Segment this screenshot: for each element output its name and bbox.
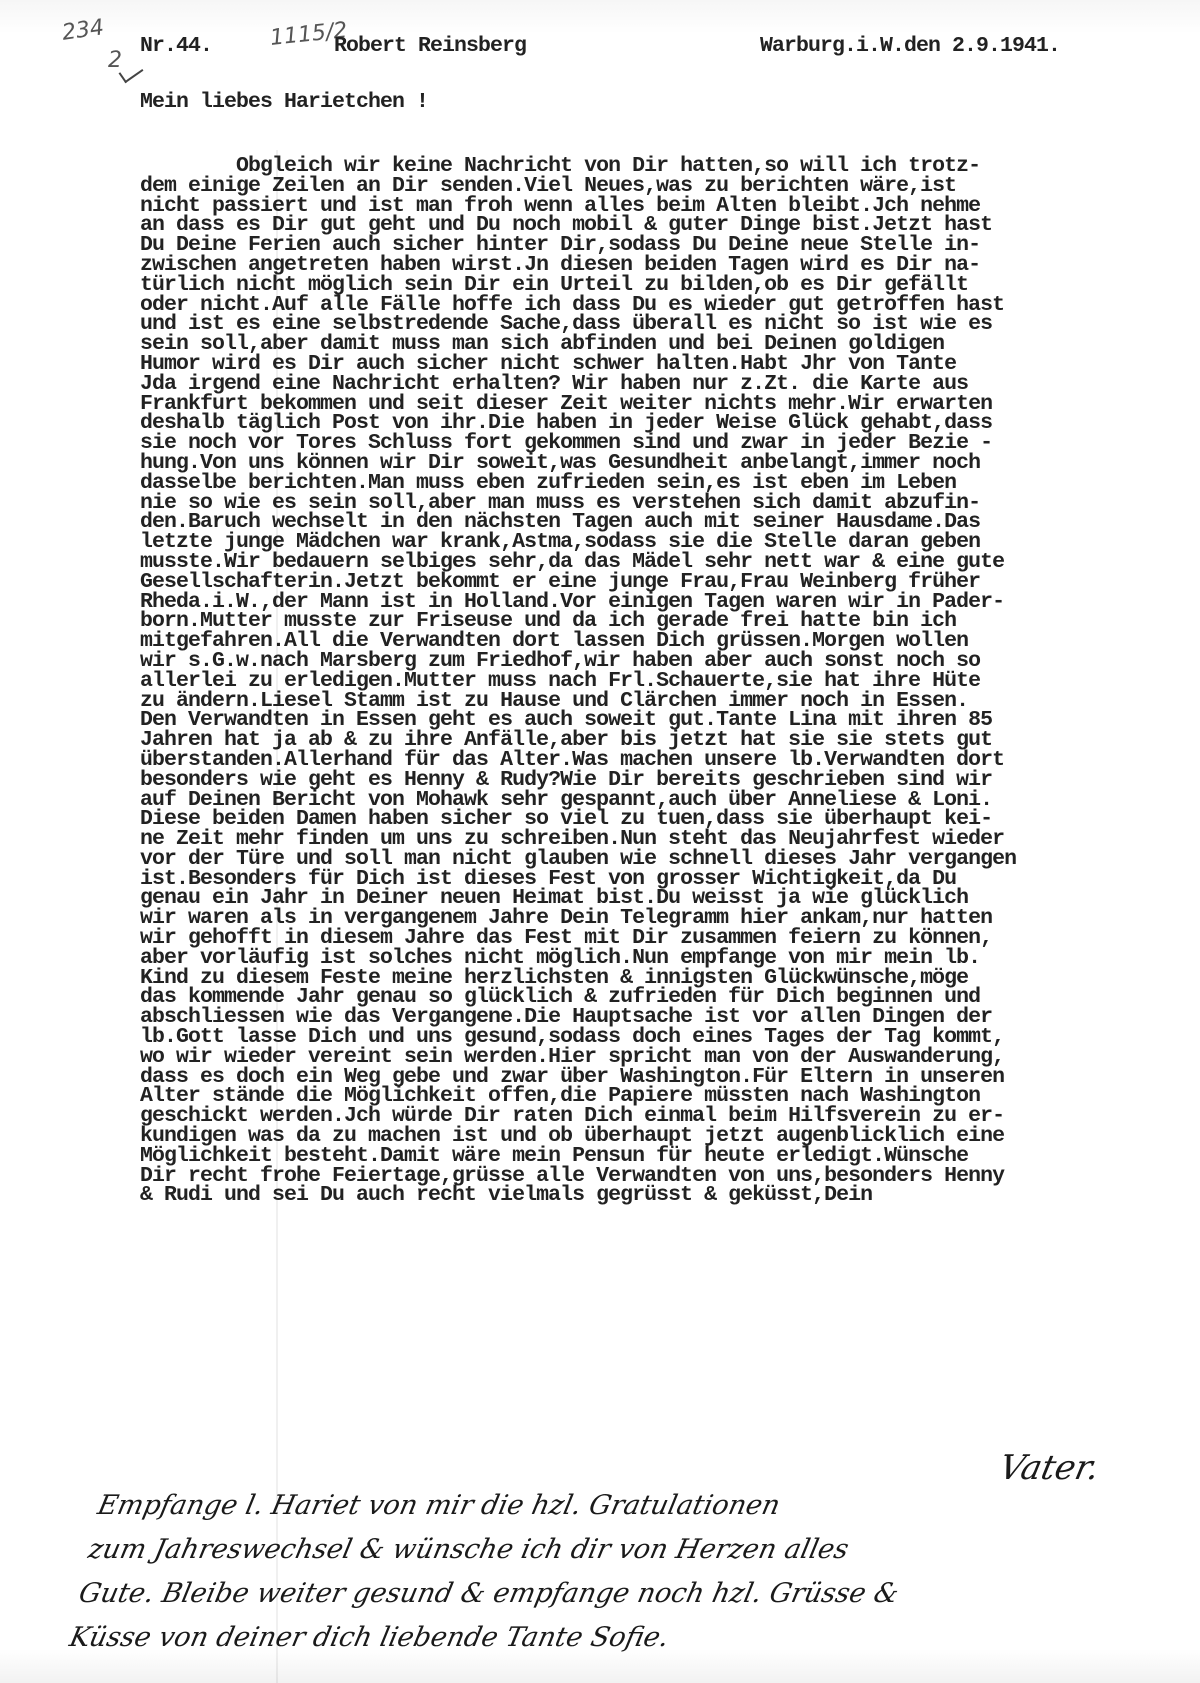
archive-number-mark: 234 [60,15,105,46]
letter-number: Nr.44. [140,34,212,58]
postscript-line: Gute. Bleibe weiter gesund & empfange no… [75,1572,903,1616]
sender-name: Robert Reinsberg [334,34,526,58]
letter-page: 234 2 1115/2 Nr.44. Robert Reinsberg War… [0,0,1200,1683]
body-line: & Rudi und sei Du auch recht vielmals ge… [140,1186,1016,1206]
postscript-line: zum Jahreswechsel & wünsche ich dir von … [84,1528,912,1572]
handwritten-postscript: Empfange l. Hariet von mir die hzl. Grat… [65,1484,921,1660]
archive-sub-mark: 2 [108,48,122,73]
postscript-line: Küsse von deiner dich liebende Tante Sof… [65,1616,893,1660]
letter-body: Obgleich wir keine Nachricht von Dir hat… [140,157,1016,1206]
postscript-line: Empfange l. Hariet von mir die hzl. Grat… [93,1484,921,1528]
check-mark-icon [119,61,144,83]
salutation: Mein liebes Harietchen ! [140,90,428,114]
signature: Vater. [996,1448,1103,1488]
place-and-date: Warburg.i.W.den 2.9.1941. [760,34,1060,58]
